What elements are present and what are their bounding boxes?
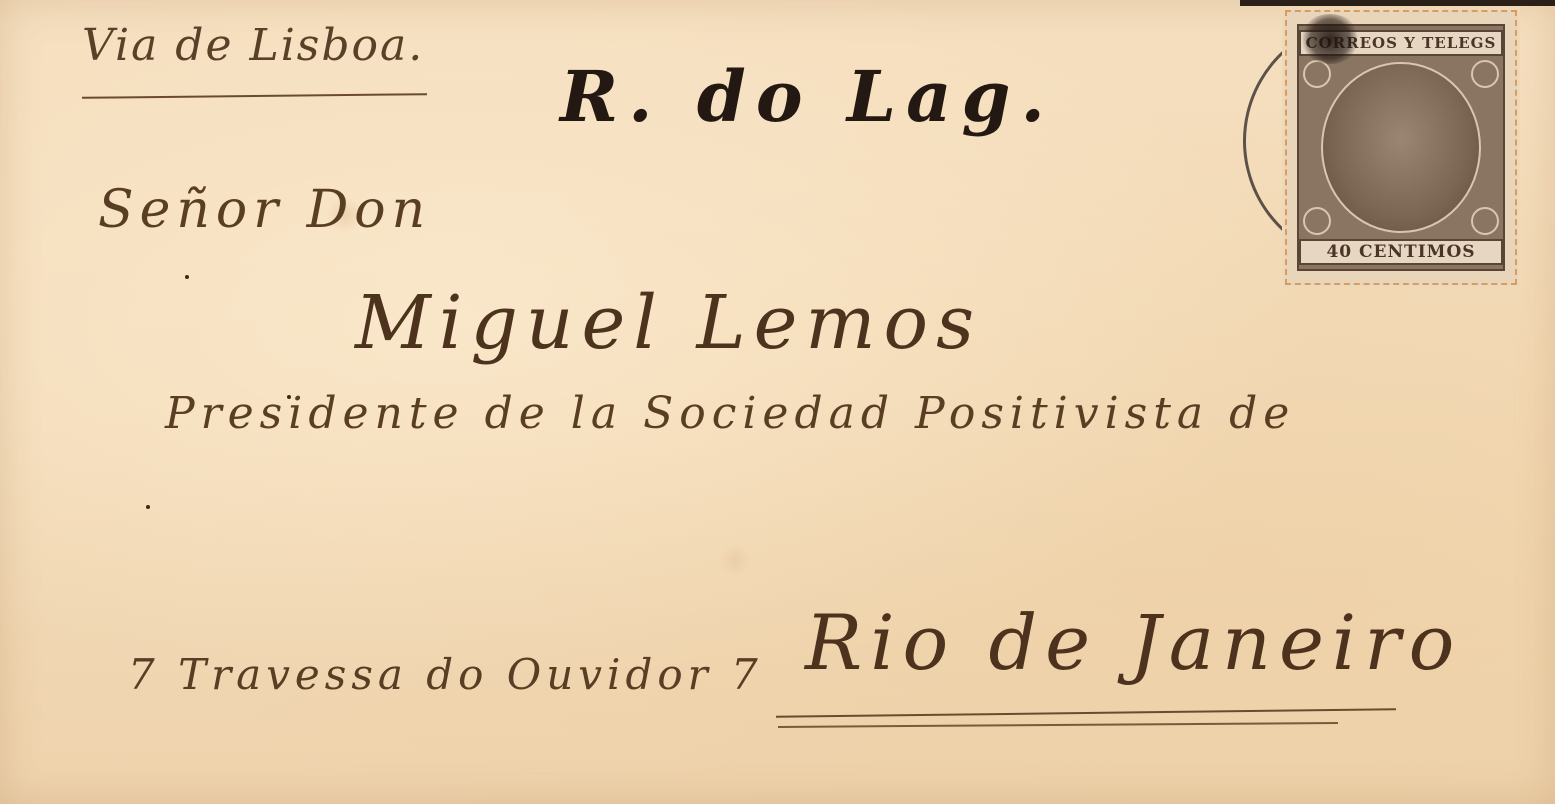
routing-note-underline (82, 93, 427, 99)
stamp-portrait (1321, 62, 1481, 233)
recipient-title: Presidente de la Sociedad Positivista de (165, 388, 1295, 439)
routing-note: Via de Lisboa. (82, 20, 424, 71)
city: Rio de Janeiro (805, 598, 1462, 687)
stamp-corner-ornament-icon (1471, 207, 1499, 235)
stamp-denomination: 40 CENTIMOS (1299, 239, 1503, 265)
city-underline (776, 708, 1396, 718)
stamp-corner-ornament-icon (1471, 60, 1499, 88)
ink-speck (146, 505, 150, 509)
stamp-corner-ornament-icon (1303, 207, 1331, 235)
registration-mark: R. do Lag. (560, 55, 1055, 138)
ink-speck (287, 395, 291, 399)
envelope: Via de Lisboa. R. do Lag. Señor Don Migu… (0, 0, 1555, 804)
street-address: 7 Travessa do Ouvidor 7 (128, 650, 763, 699)
ink-speck (185, 275, 189, 279)
salutation: Señor Don (98, 180, 431, 240)
stamp-corner-ornament-icon (1303, 60, 1331, 88)
recipient-name: Miguel Lemos (355, 280, 982, 366)
city-underline-second (778, 722, 1338, 728)
background-edge (1240, 0, 1555, 6)
cancellation-ink-blot (1300, 14, 1360, 64)
